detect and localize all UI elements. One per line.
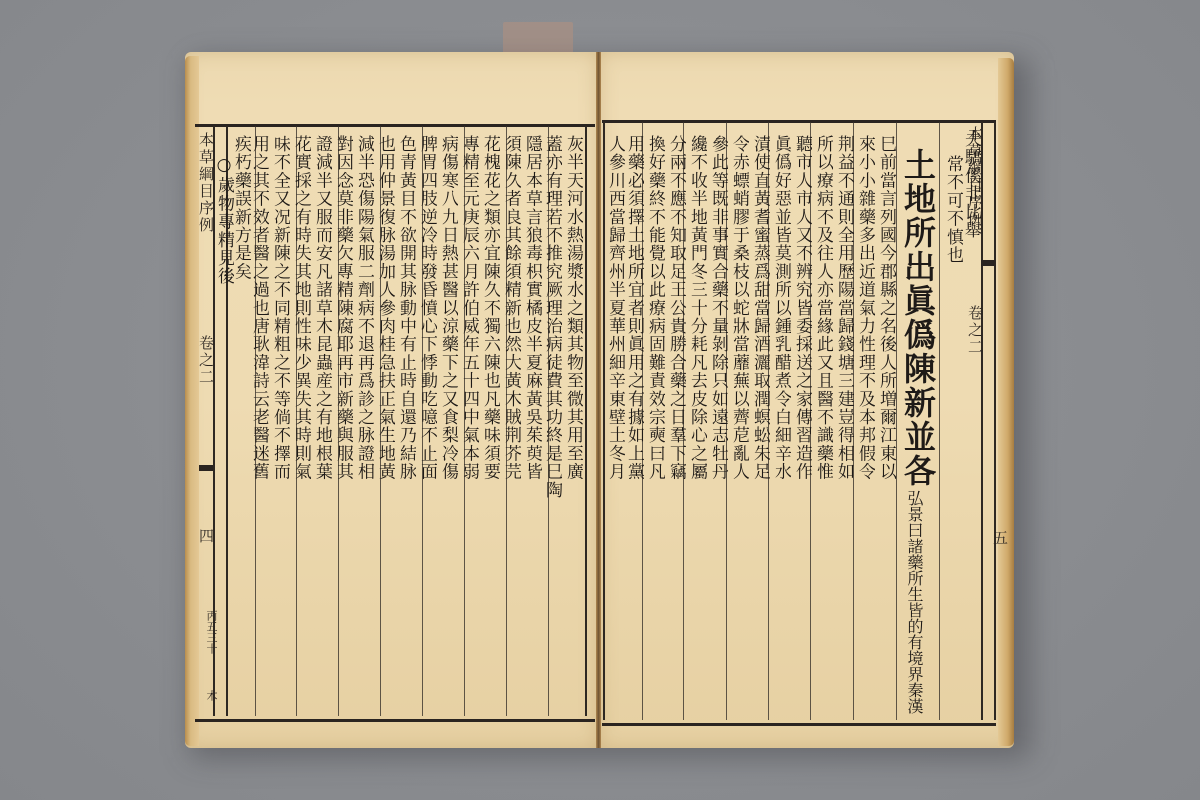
right-page-edge xyxy=(998,58,1014,746)
left-bottom-mark: 木 xyxy=(201,690,221,710)
text-column: 參此等既非事實合藥不量剝除只如遠志牡丹 xyxy=(708,135,728,715)
text-column: 也用仲景復脉湯加人參肉桂急扶正氣生地黃 xyxy=(375,135,395,713)
text-column: 灰半天河水熱湯漿水之類其物至微其用至廣 xyxy=(563,135,583,713)
text-column: 用藥必須擇土地所宜者則眞用之有據如上黨 xyxy=(624,135,644,715)
text-column: 花槐花之類亦宜陳久不獨六陳也凡藥味須要 xyxy=(480,135,500,713)
text-column: 聽市人市人又不辨究皆委採送之家傳習造作 xyxy=(792,135,812,715)
text-column: 疾朽藥誤新方是矣 xyxy=(231,135,251,335)
left-page-inner-border xyxy=(585,126,587,716)
text-column: 弘景曰諸藥所生皆的有境界秦漢 xyxy=(905,490,923,715)
text-column: ○歲物專精見後 xyxy=(214,155,234,305)
text-column: 所以療病不及往人亦當緣此又且醫不識藥惟 xyxy=(813,135,833,715)
column-rule xyxy=(896,122,897,720)
text-column: 脾胃四肢逆冷時發昏憤心下悸動吃噫不止面 xyxy=(417,135,437,713)
right-page-number: 五 xyxy=(990,530,1010,560)
right-spine-volume: 卷之二 xyxy=(965,305,985,355)
left-spine-title: 本草綱目序例 xyxy=(196,132,216,332)
section-heading: 土地所出眞僞陳新並各有法 xyxy=(900,148,936,488)
text-column: 人參川西當歸齊州半夏華州細辛東壁土冬月 xyxy=(605,135,625,715)
text-column: 來小小雜藥多出近道氣力性理不及本邦假令 xyxy=(855,135,875,715)
text-column: 證減半又服而安凡諸草木昆蟲産之有地根葉 xyxy=(312,135,332,713)
text-column: 對因念莫非藥欠專精陳腐耶再市新藥與服其 xyxy=(333,135,353,713)
text-column: 漬使直黃耆蜜蒸爲甜當歸酒灑取潤螟蚣朱足 xyxy=(750,135,770,715)
text-column: 專精至元庚辰六月許伯威年五十四中氣本弱 xyxy=(459,135,479,713)
text-column: 分兩不應不知取足王公貴勝合藥之日羣下竊 xyxy=(666,135,686,715)
text-column: 纔不收半地黃門冬三十分耗凡去皮除心之屬 xyxy=(687,135,707,715)
text-column: 隱居本草言狼毒枳實橘皮半夏麻黃吳茱萸皆 xyxy=(522,135,542,713)
library-seal xyxy=(503,22,573,56)
text-column: 味不全又况新陳之不同精粗之不等倘不擇而 xyxy=(270,135,290,713)
text-column: 用之其不效者醫之過也唐耿湋詩云老醫迷舊 xyxy=(249,135,269,713)
text-column: 夫驕傒非比舉 xyxy=(961,130,981,270)
left-spine-volume: 卷之二 xyxy=(196,335,216,385)
text-column: 蓋亦有理若不推究厥理治病徒費其功終是巳陶 xyxy=(542,135,562,713)
text-column: 換好藥終不能覺以此療病固難責效宗奭曰凡 xyxy=(645,135,665,715)
text-column: 常不可不慎也 xyxy=(943,155,963,275)
column-rule xyxy=(939,122,940,720)
left-bottom-note: 丙五三十 xyxy=(201,610,221,670)
text-column: 眞僞好惡並皆莫測所以鍾乳醋煮令白細辛水 xyxy=(771,135,791,715)
text-column: 須陳久者良其餘須精新也然大黃木賊荆芥芫 xyxy=(501,135,521,713)
text-column: 令赤螵蛸膠于桑枝以蛇牀當蘼蕪以薺苨亂人 xyxy=(729,135,749,715)
left-page-number: 四 xyxy=(196,528,216,558)
left-fold-mark xyxy=(199,465,213,471)
book-gutter xyxy=(596,52,601,748)
text-column: 花實採之有時失其地則性味少異失其時則氣 xyxy=(291,135,311,713)
text-column: 巳前當言列國今郡縣之名後人所増爾江東以 xyxy=(876,135,896,715)
text-column: 荆益不通則全用歷陽當歸錢塘三建豈得相如 xyxy=(834,135,854,715)
text-column: 減半恐傷陽氣服二劑病不退再爲診之脉證相 xyxy=(354,135,374,713)
text-column: 病傷寒八九日熱甚醫以涼藥下之又食梨冷傷 xyxy=(438,135,458,713)
text-column: 色青黃目不欲開其脉動中有止時自還乃結脉 xyxy=(396,135,416,713)
right-spine-rule-outer xyxy=(994,122,996,720)
